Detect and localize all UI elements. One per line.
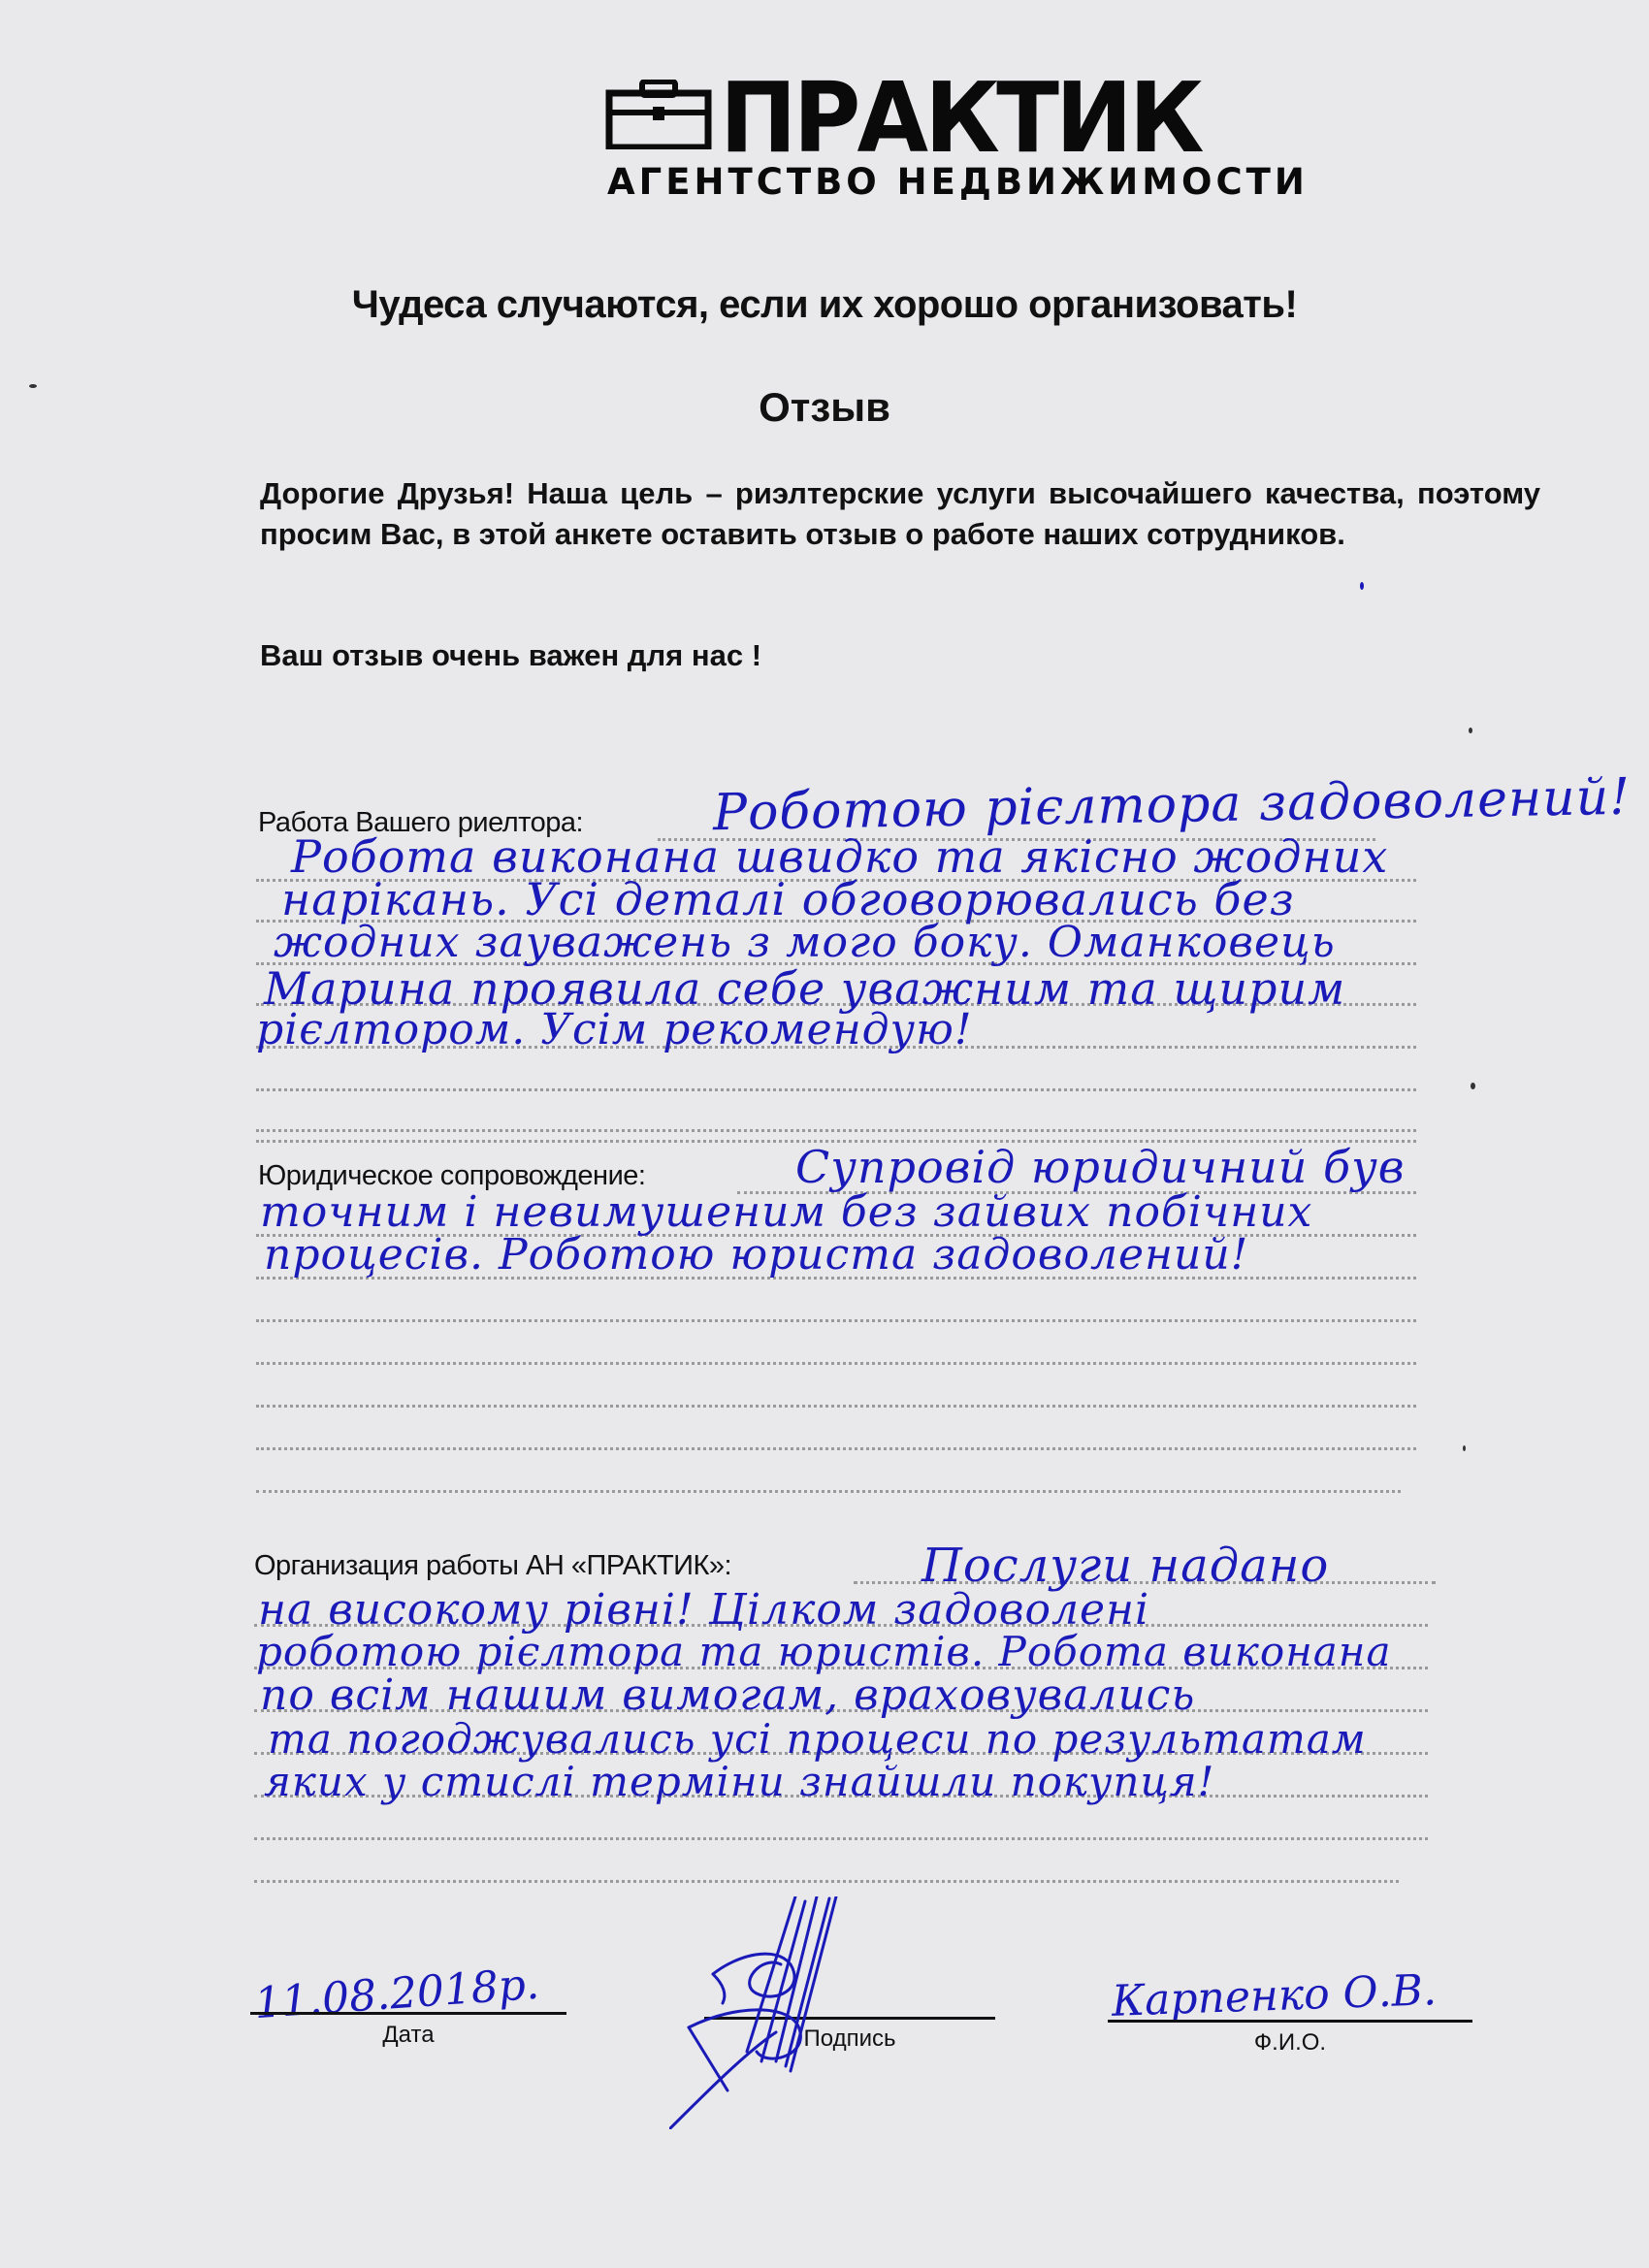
company-logo: ПРАКТИК АГЕНТСТВО НЕДВИЖИМОСТИ [605, 68, 1207, 204]
dotted-rule [256, 1129, 1416, 1132]
name-caption: Ф.И.О. [1108, 2029, 1472, 2057]
scan-speck [1360, 582, 1364, 590]
scan-speck [1463, 1445, 1466, 1451]
handwritten-line: Супровід юридичний був [795, 1141, 1406, 1193]
signature-scribble [669, 1896, 912, 2129]
dotted-rule [254, 1880, 1399, 1883]
form-title: Отзыв [0, 384, 1649, 431]
handwritten-line: та погоджувались усі процеси по результа… [268, 1715, 1367, 1763]
name-line [1108, 2020, 1472, 2023]
scan-speck [1469, 728, 1472, 733]
review-form-page: ПРАКТИК АГЕНТСТВО НЕДВИЖИМОСТИ Чудеса сл… [0, 0, 1649, 2268]
handwritten-line: по всім нашим вимогам, враховувались [260, 1670, 1195, 1720]
dotted-rule [256, 1319, 1416, 1322]
dotted-rule [256, 1447, 1416, 1450]
section-label: Организация работы АН «ПРАКТИК»: [254, 1550, 731, 1582]
dotted-rule [256, 1490, 1401, 1493]
name-value: Карпенко О.В. [1111, 1965, 1438, 2026]
scan-speck [29, 384, 37, 388]
date-line [250, 2012, 566, 2015]
handwritten-line: жодних зауважень з мого боку. Оманковець [274, 918, 1336, 967]
dotted-rule [256, 1088, 1416, 1091]
intro-note: Ваш отзыв очень важен для нас ! [260, 638, 761, 673]
dotted-rule [256, 1405, 1416, 1408]
intro-text: Дорогие Друзья! Наша цель – риэлтерские … [260, 473, 1540, 555]
scan-speck [1471, 1083, 1475, 1089]
dotted-rule [256, 1362, 1416, 1365]
dotted-rule [254, 1837, 1428, 1840]
handwritten-line: рієлтором. Усім рекомендую! [256, 1005, 973, 1054]
handwritten-line: процесів. Роботою юриста задоволений! [264, 1230, 1248, 1280]
handwritten-line: роботою рієлтора та юристів. Робота вико… [256, 1628, 1392, 1675]
logo-subtitle: АГЕНТСТВО НЕДВИЖИМОСТИ [607, 161, 1309, 203]
briefcase-icon [605, 80, 712, 149]
logo-name: ПРАКТИК [720, 70, 1201, 167]
slogan: Чудеса случаются, если их хорошо организ… [0, 283, 1649, 327]
handwritten-line: яких у стислі терміни знайшли покупця! [264, 1758, 1214, 1805]
date-value: 11.08.2018р. [253, 1960, 541, 2028]
date-caption: Дата [250, 2022, 566, 2049]
